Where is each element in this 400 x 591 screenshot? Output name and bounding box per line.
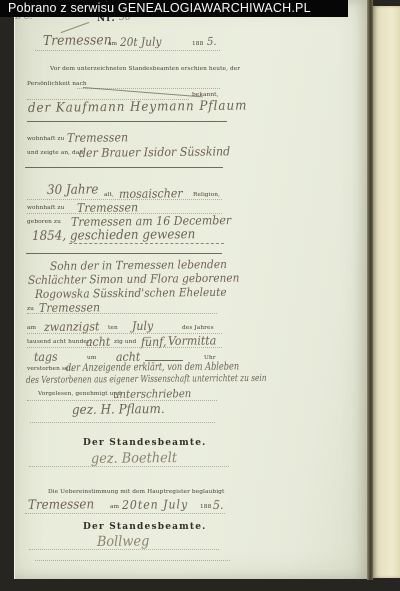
header-year-printed: 188: [192, 41, 203, 47]
watermark-text: Pobrano z serwisu GENEALOGIAWARCHIWACH.P…: [8, 1, 311, 15]
birth-year-maritalstatus: 1854, geschieden gewesen: [32, 227, 196, 244]
alt-label: alt,: [104, 192, 114, 198]
header-day: 20t July: [120, 35, 162, 49]
death-daytime-part2: tags: [34, 350, 58, 364]
zu-label: zu: [27, 306, 34, 312]
ruled-line: [35, 50, 220, 51]
deceased-name: der Brauer Isidor Süsskind: [79, 144, 230, 160]
death-daytime-part1: Vormitta: [168, 333, 216, 348]
birth-place-date: Tremessen am 16 December: [71, 213, 231, 229]
zig-und-label: zig und: [114, 339, 136, 345]
geboren-label: geboren zu: [27, 219, 61, 225]
death-month: July: [132, 319, 153, 333]
persoenlichkeit-label: Persönlichkeit nach: [27, 81, 87, 87]
underline: [26, 253, 222, 254]
watermark-banner: Pobrano z serwisu GENEALOGIAWARCHIWACH.P…: [0, 0, 348, 17]
religion-label: Religion,: [193, 192, 220, 198]
header-year-hand: 5.: [207, 35, 217, 48]
vorgelesen-label: Vorgelesen, genehmigt und: [38, 391, 121, 397]
declaration-line-1: der Anzeigende erklärt, von dem Ableben: [66, 360, 239, 374]
um-label: um: [87, 355, 96, 361]
zeigte-an-label: und zeigte an, daß: [27, 150, 83, 156]
death-day: zwanzigst: [44, 319, 100, 334]
underline: [27, 121, 227, 122]
header-am-label: am: [108, 41, 117, 47]
certification-year-hand: 5.: [213, 498, 224, 512]
death-record-page: B C. Nr. 50 Tremessen am 20t July 188 5.…: [14, 0, 368, 579]
ruled-line: [29, 466, 229, 467]
ruled-line: [27, 347, 222, 348]
certification-line: Die Uebereinstimmung mit dem Hauptregist…: [48, 489, 224, 495]
form-intro-line: Vor dem unterzeichneten Standesbeamten e…: [50, 66, 240, 72]
deceased-age: 30 Jahre: [47, 182, 99, 198]
certification-date: 20ten July: [122, 497, 188, 512]
declaration-line-2: des Verstorbenen aus eigener Wissenschaf…: [26, 373, 267, 386]
tausend-label: tausend acht hundert: [27, 339, 92, 345]
certification-am-label: am: [110, 504, 119, 510]
declarant-signature: gez. H. Pflaum.: [72, 402, 165, 418]
am-label: am: [27, 325, 36, 331]
wohnhaft-label-1: wohnhaft zu: [27, 136, 64, 142]
registrar-heading-1: Der Standesbeamte.: [83, 438, 207, 448]
des-jahres-label: des Jahres: [182, 325, 214, 331]
registrar-heading-2: Der Standesbeamte.: [83, 522, 207, 532]
ruled-line: [27, 400, 217, 401]
facing-page-edge: [373, 6, 400, 578]
ruled-line: [30, 422, 215, 423]
unterschrieben-hand: unterschrieben: [113, 387, 191, 401]
pen-stroke: [69, 243, 224, 244]
registrar-signature-1: gez. Boethelt: [91, 450, 177, 467]
ruled-line: [27, 313, 217, 314]
ruled-line: [29, 549, 219, 550]
certification-year-printed: 188: [200, 504, 211, 510]
header-place: Tremessen: [43, 32, 112, 49]
underline: [25, 167, 223, 168]
bekannt-label: bekannt,: [192, 92, 219, 98]
certification-place: Tremessen: [28, 497, 94, 513]
ruled-line: [35, 560, 230, 561]
declarant-name: der Kaufmann Heymann Pflaum: [28, 99, 248, 116]
ten-label: ten: [108, 325, 118, 331]
pen-stroke: [61, 22, 90, 33]
registrar-signature-2: Bollweg: [97, 533, 150, 550]
declarant-residence: Tremessen: [67, 130, 128, 145]
wohnhaft-label-2: wohnhaft zu: [27, 205, 64, 211]
ruled-line: [25, 513, 225, 514]
parents-line-3: Rogowska Süsskind'schen Eheleute: [35, 285, 227, 301]
